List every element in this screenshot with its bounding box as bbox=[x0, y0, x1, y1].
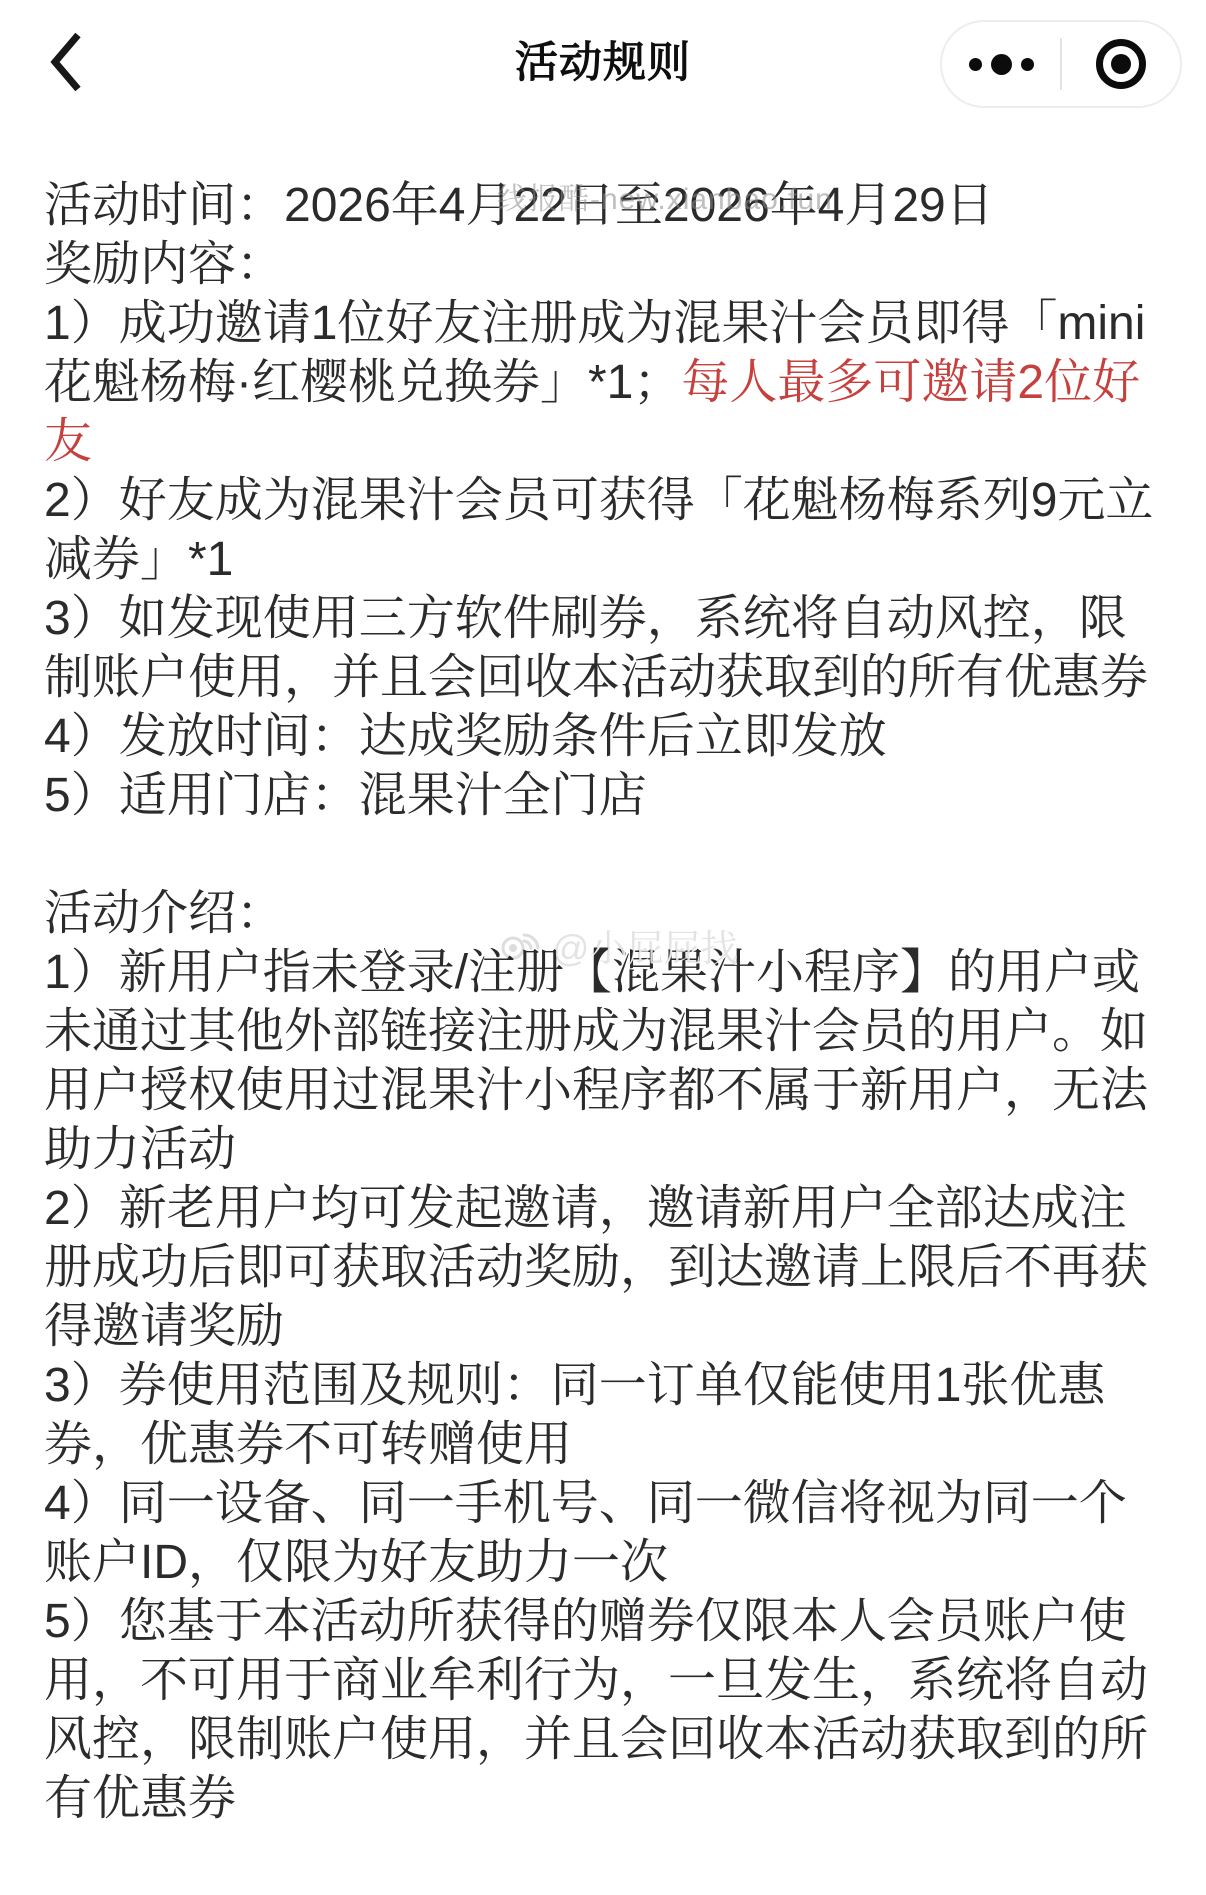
text-segment: 1）成功邀请1位好友注册成为混果汁会员即得「mini bbox=[44, 297, 1145, 350]
minimize-button[interactable] bbox=[1062, 22, 1180, 106]
content-line: 5）适用门店：混果汁全门店 bbox=[44, 766, 1174, 825]
content-line: 用，不可用于商业牟利行为，一旦发生，系统将自动 bbox=[44, 1651, 1174, 1710]
miniprogram-capsule bbox=[940, 20, 1182, 108]
content-line: 友 bbox=[44, 412, 1174, 471]
content-line: 有优惠券 bbox=[44, 1769, 1174, 1828]
text-segment: 得邀请奖励 bbox=[44, 1300, 284, 1353]
text-segment: 用户授权使用过混果汁小程序都不属于新用户，无法 bbox=[44, 1064, 1148, 1117]
content-line: 未通过其他外部链接注册成为混果汁会员的用户。如 bbox=[44, 1002, 1174, 1061]
navigation-bar: 活动规则 bbox=[0, 0, 1206, 118]
content-line: 册成功后即可获取活动奖励，到达邀请上限后不再获 bbox=[44, 1238, 1174, 1297]
text-segment: 5）适用门店：混果汁全门店 bbox=[44, 769, 647, 822]
text-segment: 风控，限制账户使用，并且会回收本活动获取到的所 bbox=[44, 1713, 1148, 1766]
site-watermark: 线报酷-new.xianbao.fun bbox=[497, 174, 833, 218]
content-line: 得邀请奖励 bbox=[44, 1297, 1174, 1356]
content-line: 奖励内容： bbox=[44, 235, 1174, 294]
content-line: 风控，限制账户使用，并且会回收本活动获取到的所 bbox=[44, 1710, 1174, 1769]
text-segment: 助力活动 bbox=[44, 1123, 236, 1176]
content-line: 2）新老用户均可发起邀请，邀请新用户全部达成注 bbox=[44, 1179, 1174, 1238]
text-segment: 有优惠券 bbox=[44, 1772, 236, 1825]
text-segment: 3）券使用范围及规则：同一订单仅能使用1张优惠 bbox=[44, 1359, 1105, 1412]
text-segment: 4）发放时间：达成奖励条件后立即发放 bbox=[44, 710, 887, 763]
content-line bbox=[44, 825, 1174, 884]
content-line: 5）您基于本活动所获得的赠券仅限本人会员账户使 bbox=[44, 1592, 1174, 1651]
text-segment: 册成功后即可获取活动奖励，到达邀请上限后不再获 bbox=[44, 1241, 1148, 1294]
highlighted-text-segment: 友 bbox=[44, 415, 92, 468]
content-line: 减券」*1 bbox=[44, 530, 1174, 589]
content-line: 账户ID，仅限为好友助力一次 bbox=[44, 1533, 1174, 1592]
content-line: 4）同一设备、同一手机号、同一微信将视为同一个 bbox=[44, 1474, 1174, 1533]
three-dots-icon bbox=[969, 54, 1034, 75]
text-segment: 用，不可用于商业牟利行为，一旦发生，系统将自动 bbox=[44, 1654, 1148, 1707]
text-segment: 未通过其他外部链接注册成为混果汁会员的用户。如 bbox=[44, 1005, 1148, 1058]
weibo-handle: @小屁屁找 bbox=[552, 918, 738, 972]
text-segment: 减券」*1 bbox=[44, 533, 233, 586]
text-segment: 3）如发现使用三方软件刷券，系统将自动风控，限 bbox=[44, 592, 1127, 645]
more-options-button[interactable] bbox=[942, 22, 1060, 106]
text-segment: 奖励内容： bbox=[44, 238, 284, 291]
content-line: 制账户使用，并且会回收本活动获取到的所有优惠券 bbox=[44, 648, 1174, 707]
content-line: 券，优惠券不可转赠使用 bbox=[44, 1415, 1174, 1474]
content-line: 花魁杨梅·红樱桃兑换券」*1；每人最多可邀请2位好 bbox=[44, 353, 1174, 412]
content-line: 4）发放时间：达成奖励条件后立即发放 bbox=[44, 707, 1174, 766]
text-segment: 2）新老用户均可发起邀请，邀请新用户全部达成注 bbox=[44, 1182, 1127, 1235]
highlighted-text-segment: 每人最多可邀请2位好 bbox=[681, 356, 1140, 409]
content-line: 1）成功邀请1位好友注册成为混果汁会员即得「mini bbox=[44, 294, 1174, 353]
rules-text: 活动时间：2026年4月22日至2026年4月29日奖励内容：1）成功邀请1位好… bbox=[44, 176, 1174, 1828]
text-segment: 制账户使用，并且会回收本活动获取到的所有优惠券 bbox=[44, 651, 1148, 704]
text-segment: 2）好友成为混果汁会员可获得「花魁杨梅系列9元立 bbox=[44, 474, 1153, 527]
text-segment: 5）您基于本活动所获得的赠券仅限本人会员账户使 bbox=[44, 1595, 1127, 1648]
text-segment: 账户ID，仅限为好友助力一次 bbox=[44, 1536, 668, 1589]
weibo-eye-icon bbox=[498, 923, 542, 968]
text-segment: 活动介绍： bbox=[44, 887, 284, 940]
text-segment: 花魁杨梅·红樱桃兑换券」*1； bbox=[44, 356, 681, 409]
target-circle-icon bbox=[1096, 39, 1146, 89]
text-segment: 券，优惠券不可转赠使用 bbox=[44, 1418, 572, 1471]
text-segment: 4）同一设备、同一手机号、同一微信将视为同一个 bbox=[44, 1477, 1127, 1530]
content-line: 2）好友成为混果汁会员可获得「花魁杨梅系列9元立 bbox=[44, 471, 1174, 530]
content-line: 助力活动 bbox=[44, 1120, 1174, 1179]
weibo-watermark: @小屁屁找 bbox=[498, 918, 738, 972]
content-line: 3）券使用范围及规则：同一订单仅能使用1张优惠 bbox=[44, 1356, 1174, 1415]
content-line: 用户授权使用过混果汁小程序都不属于新用户，无法 bbox=[44, 1061, 1174, 1120]
content-line: 3）如发现使用三方软件刷券，系统将自动风控，限 bbox=[44, 589, 1174, 648]
